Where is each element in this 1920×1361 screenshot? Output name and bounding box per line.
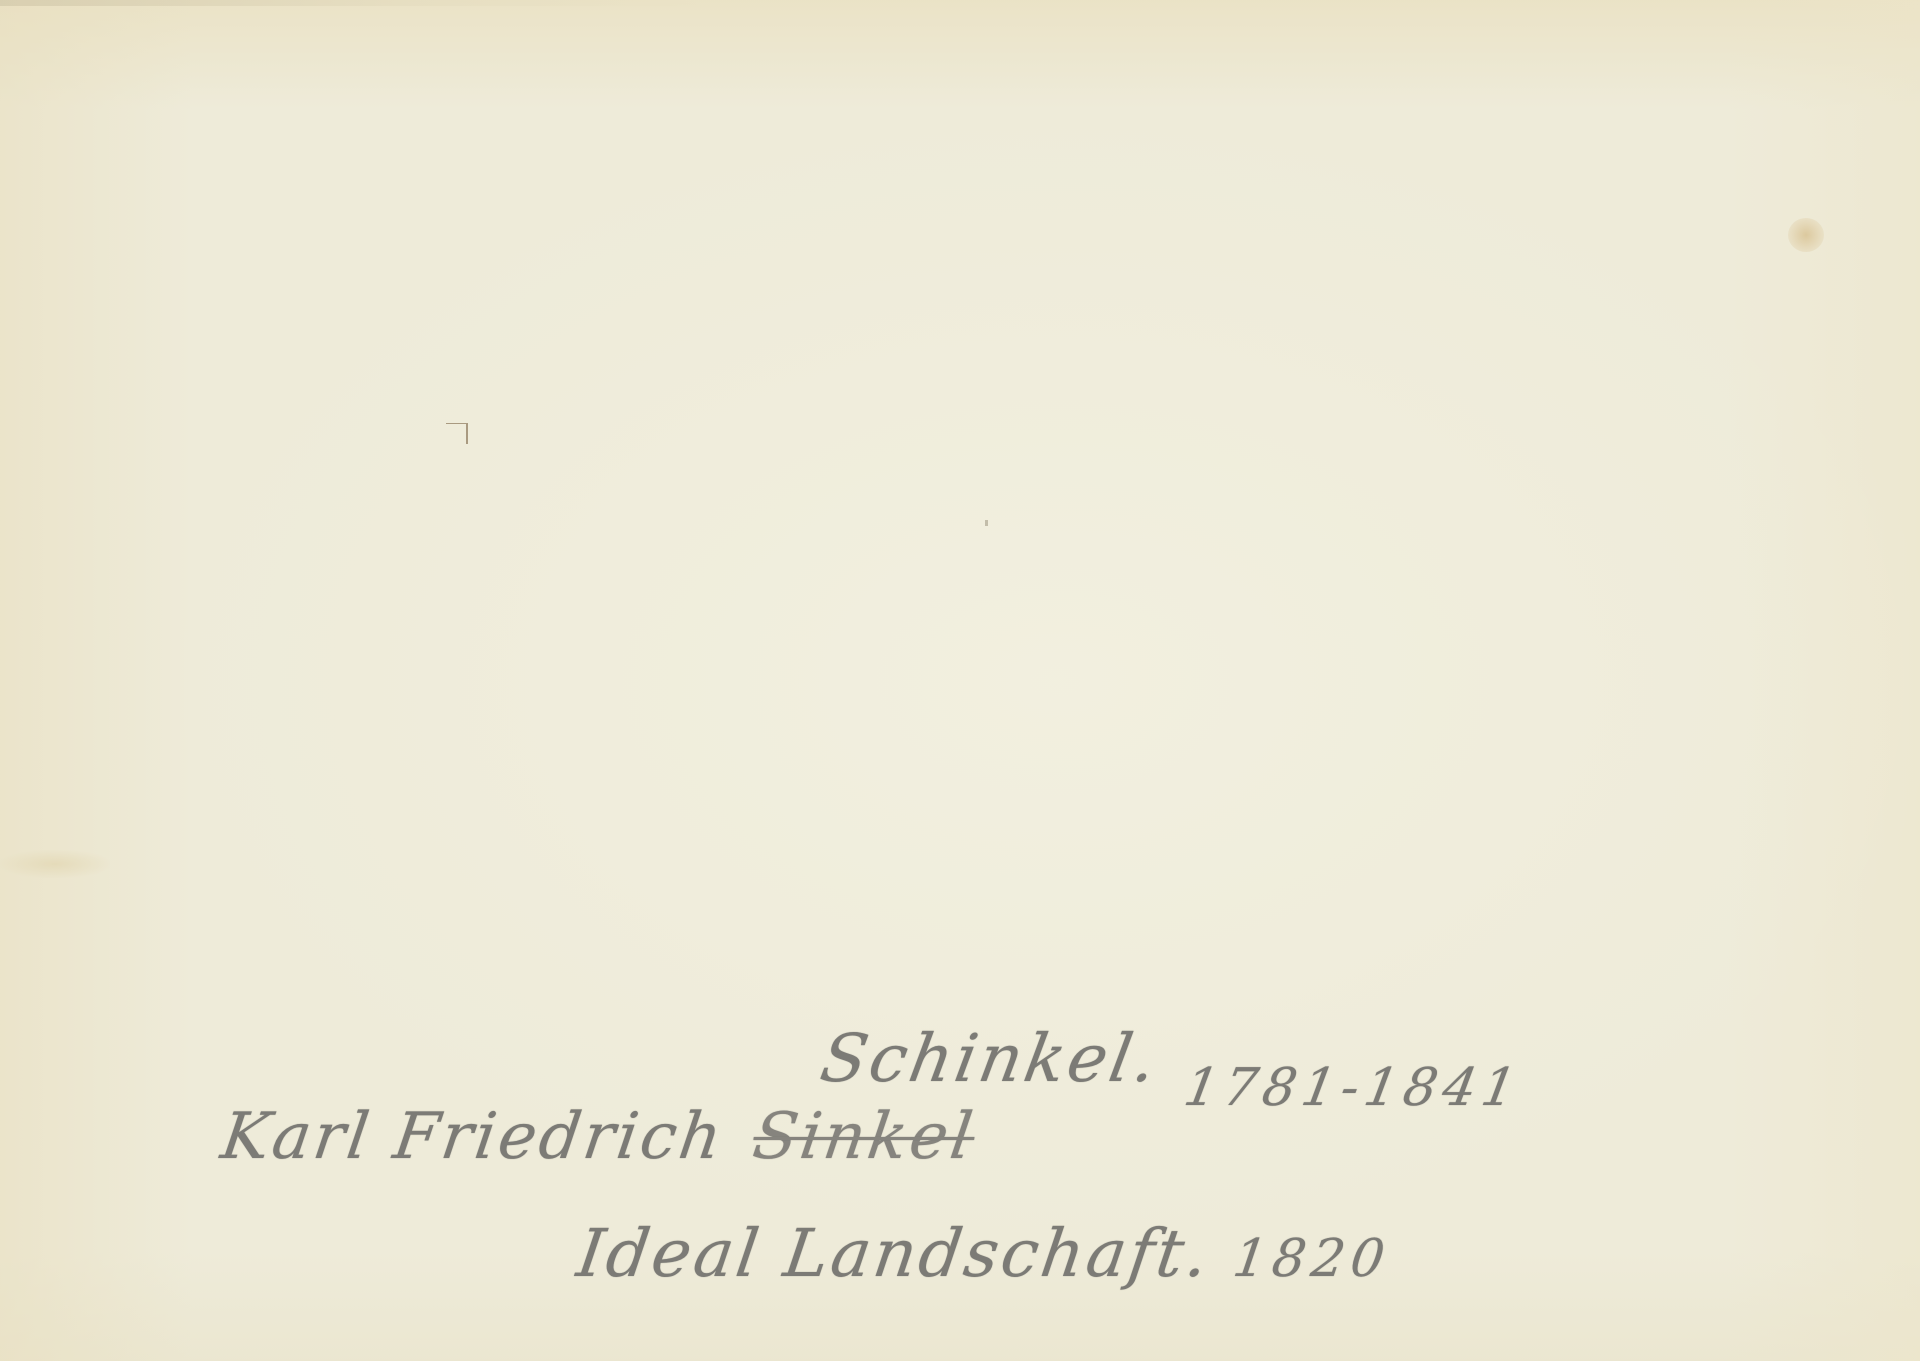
artwork-year: 1820: [1229, 1229, 1394, 1289]
struck-surname: Sinkel: [749, 1100, 980, 1174]
artist-first-names: Karl Friedrich: [217, 1100, 729, 1174]
edge-smudge: [0, 850, 110, 878]
paper-fiber-mark: [446, 423, 468, 444]
foxing-stain: [1788, 218, 1824, 252]
artwork-title: Ideal Landschaft.: [573, 1215, 1216, 1292]
artwork-title-line: Ideal Landschaft.1820: [573, 1215, 1397, 1292]
top-edge-wear: [0, 0, 700, 6]
paper-speck: [985, 520, 988, 526]
card-verso: Schinkel. 1781-1841 Karl FriedrichSinkel…: [0, 0, 1920, 1361]
artist-name-line: Karl FriedrichSinkel: [217, 1100, 980, 1174]
corrected-surname: Schinkel.: [815, 1020, 1165, 1097]
life-dates: 1781-1841: [1180, 1058, 1527, 1118]
